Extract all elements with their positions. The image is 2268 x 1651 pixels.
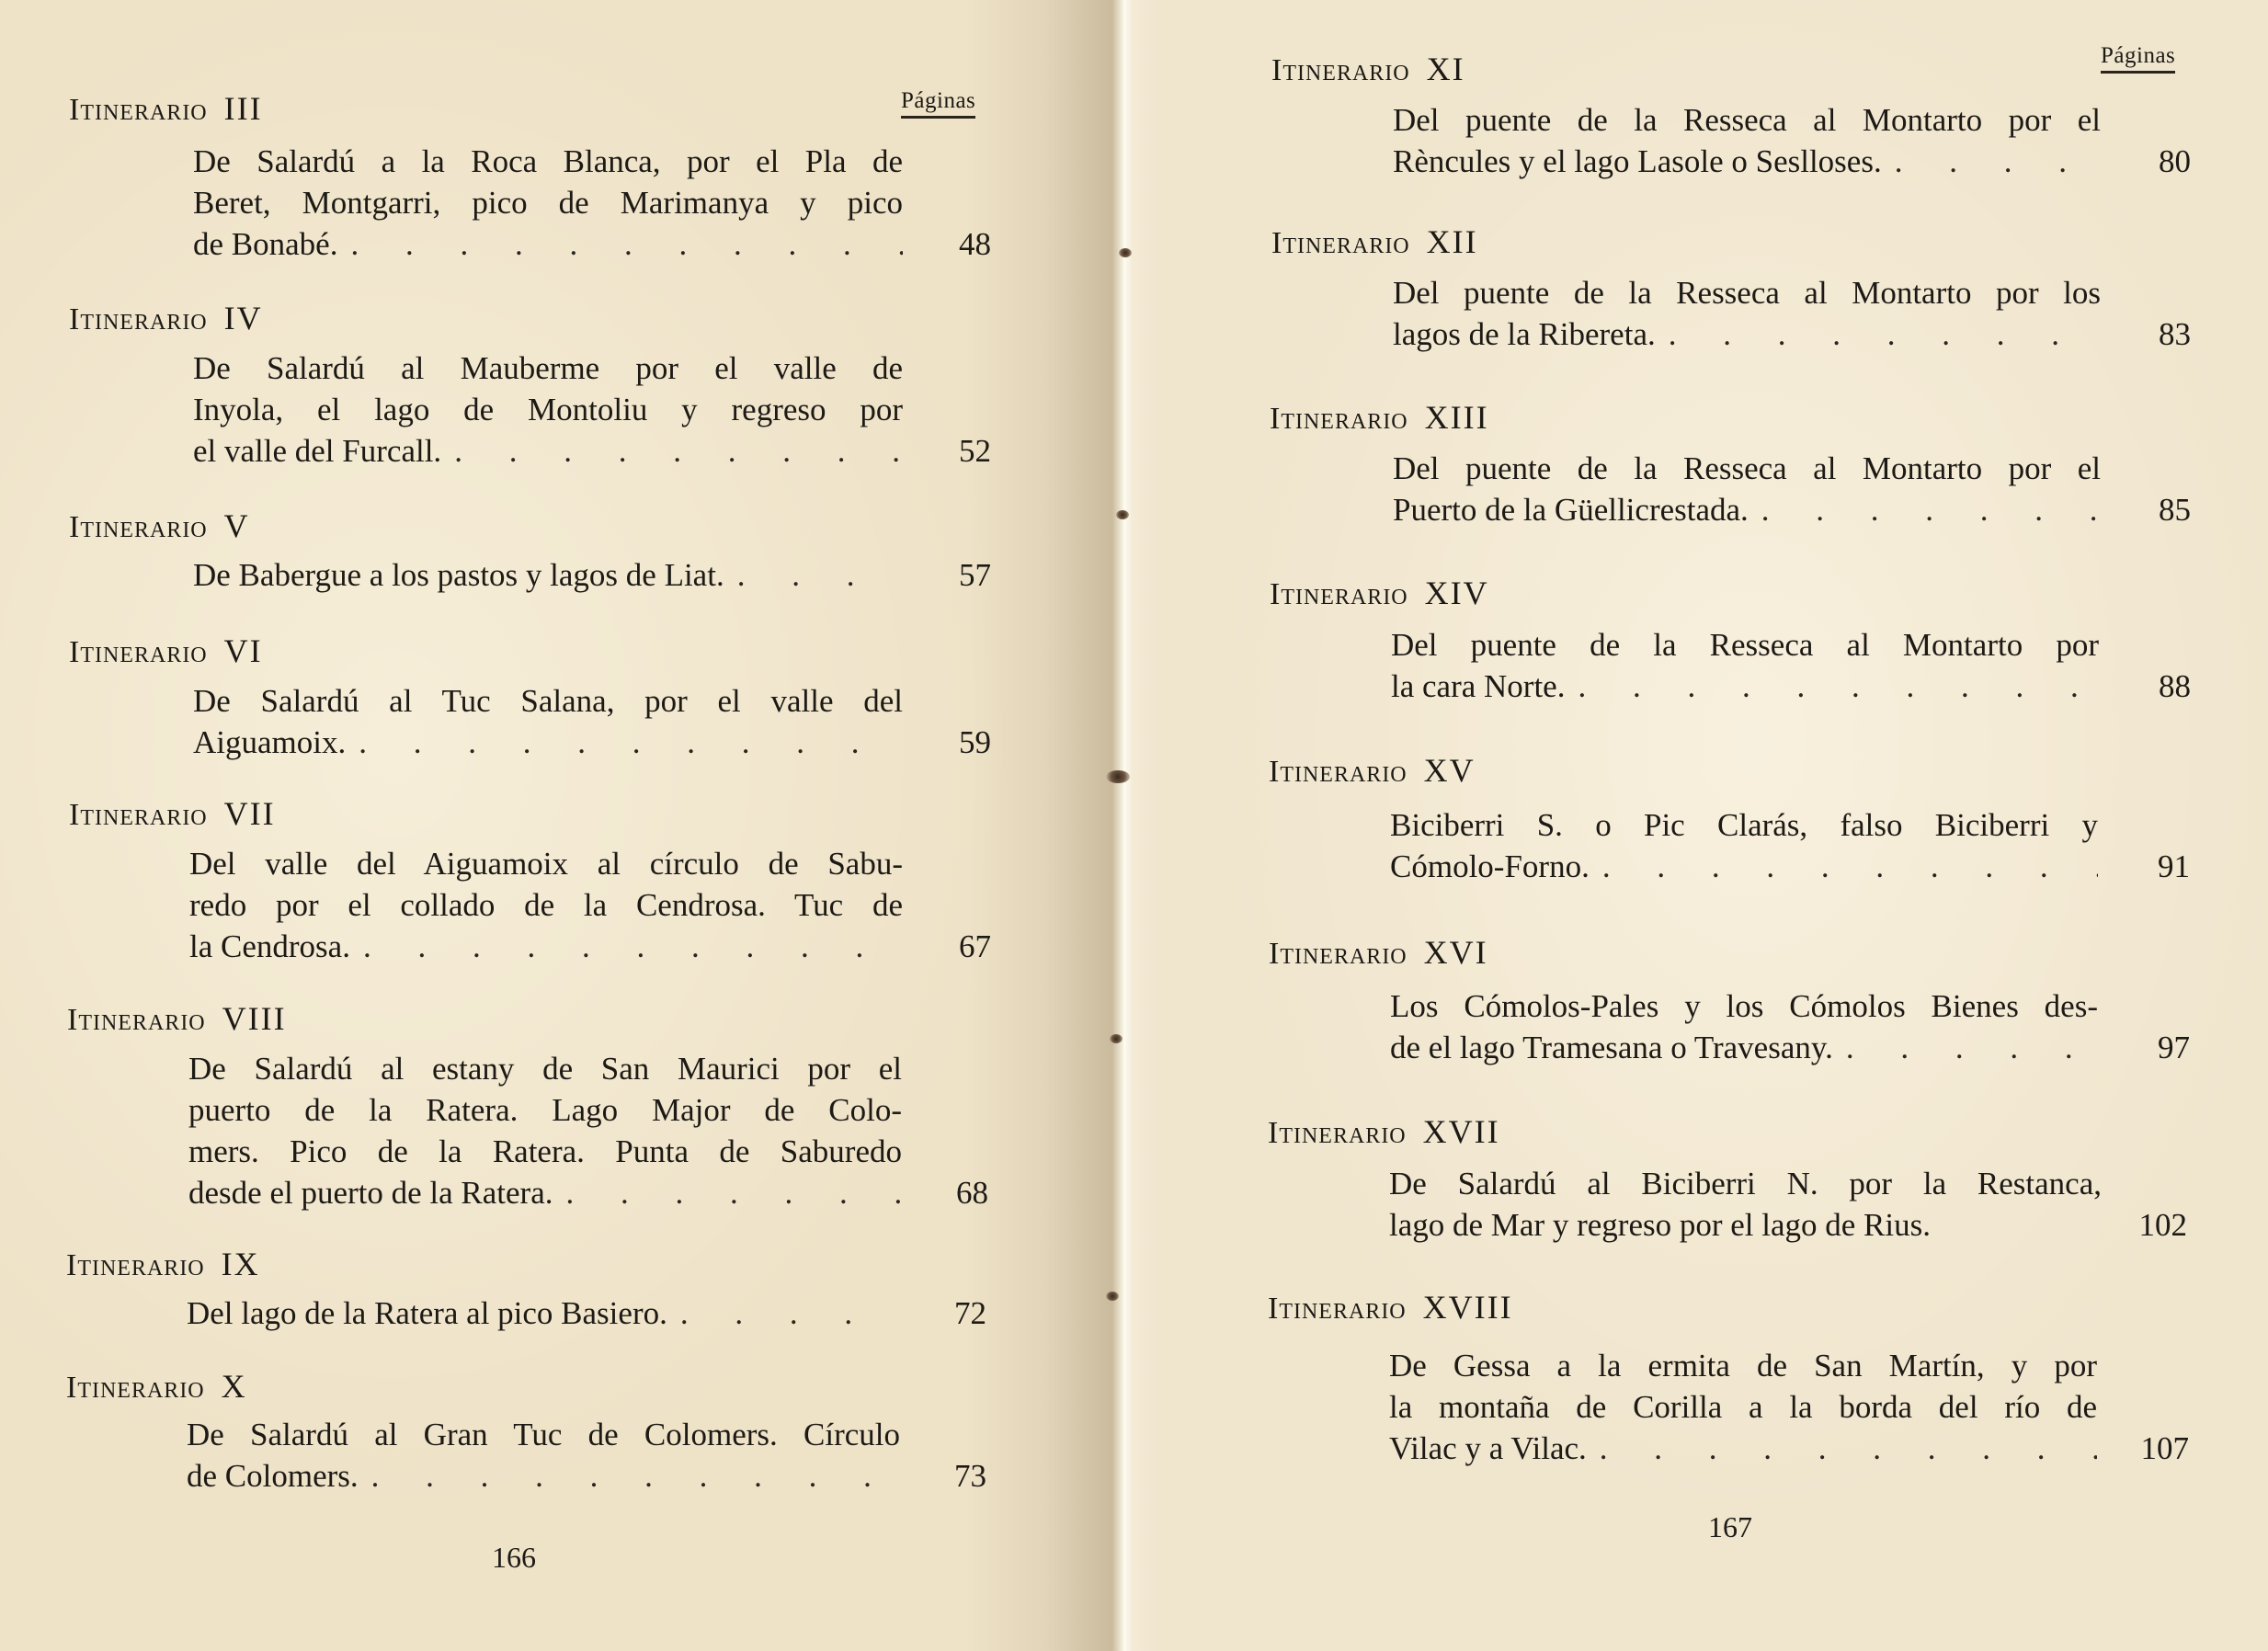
toc-entry[interactable]: De Salardú al Gran Tuc de Colomers. Círc… [187,1414,986,1497]
paginas-column-label: Páginas [901,89,975,119]
page-number: 91 [2158,846,2190,887]
page-number: 102 [2139,1204,2188,1246]
itinerary-heading: ItinerarioXIII [1270,401,1489,435]
dot-leader: . . . . . . . . . . . . . . . . . . . . … [680,1292,900,1334]
dot-leader: . . . . . . . . . . . . . . . . . . . . … [1600,1428,2097,1469]
page-number: 88 [2159,666,2191,707]
toc-entry[interactable]: Del puente de la Resseca al Montarto por… [1393,99,2191,182]
itinerary-heading: ItinerarioXV [1269,754,1476,788]
itinerary-heading: ItinerarioXII [1271,225,1478,259]
toc-entry[interactable]: Del lago de la Ratera al pico Basiero.. … [187,1292,986,1334]
page-number: 85 [2159,489,2191,530]
toc-entry[interactable]: De Salardú al Tuc Salana, por el valle d… [193,680,991,763]
dot-leader: . . . . . . . . . . . . . . . . . . . . … [1669,313,2101,355]
dot-leader: . . . . . . . . . . . . . . . . . . . . … [371,1455,900,1497]
toc-entry[interactable]: Del puente de la Resseca al Montarto por… [1393,272,2191,355]
toc-entry[interactable]: De Salardú al Mauberme por el valle de I… [193,347,991,472]
book-spread: Páginas ItinerarioIII De Salardú a la Ro… [0,0,2268,1651]
page-folio-left: 166 [492,1543,536,1572]
itinerary-heading: ItinerarioVII [69,797,276,831]
toc-entry[interactable]: De Gessa a la ermita de San Martín, y po… [1389,1345,2189,1469]
itinerary-heading: ItinerarioV [69,509,250,543]
itinerary-heading: ItinerarioXVIII [1268,1291,1513,1325]
itinerary-heading: ItinerarioXI [1271,52,1465,86]
dot-leader: . . . . . . . . . . . . . . . . . . . . … [1761,489,2101,530]
page-number: 80 [2159,141,2191,182]
toc-entry[interactable]: De Babergue a los pastos y lagos de Liat… [193,554,991,596]
itinerary-heading: ItinerarioVIII [67,1002,287,1036]
page-number: 107 [2141,1428,2190,1469]
dot-leader: . . . . . . . . . . . . . . . . . . . . … [350,223,903,265]
toc-entry[interactable]: Del valle del Aiguamoix al círculo de Sa… [189,843,991,967]
toc-entry[interactable]: Del puente de la Resseca al Montarto por… [1391,624,2191,707]
itinerary-heading: ItinerarioXVI [1269,936,1488,970]
dot-leader: . . . . . . . . . . . . . . . . . . . . … [454,430,903,472]
itinerary-heading: ItinerarioIII [69,92,263,126]
itinerary-heading: ItinerarioIV [69,302,263,336]
page-number: 97 [2158,1027,2190,1068]
page-number: 48 [959,223,991,265]
dot-leader: . . . . . . . . . . . . . . . . . . . . … [1602,846,2098,887]
toc-entry[interactable]: Biciberri S. o Pic Clarás, falso Biciber… [1390,804,2190,887]
itinerary-heading: ItinerarioX [66,1370,247,1404]
page-number: 73 [954,1455,986,1497]
page-number: 52 [959,430,991,472]
paginas-column-label: Páginas [2101,44,2175,74]
toc-entry[interactable]: Los Cómolos-Pales y los Cómolos Bienes d… [1390,985,2190,1068]
staple-mark [1106,1292,1119,1301]
staple-mark [1116,510,1129,519]
page-number: 67 [959,926,991,967]
dot-leader: . . . . . . . . . . . . . . . . . . . . … [1895,141,2101,182]
dot-leader: . . . . . . . . . . . . . . . . . . . . … [737,554,903,596]
itinerary-heading: ItinerarioIX [66,1247,260,1281]
page-number: 57 [959,554,991,596]
page-number: 68 [956,1172,988,1213]
page-number: 83 [2159,313,2191,355]
page-number: 59 [959,722,991,763]
staple-mark [1110,1034,1123,1043]
toc-entry[interactable]: De Salardú al Biciberri N. por la Restan… [1389,1163,2187,1246]
toc-entry[interactable]: De Salardú al estany de San Maurici por … [188,1048,988,1213]
dot-leader: . . . . . . . . . . . . . . . . . . . . … [1578,666,2099,707]
dot-leader: . . . . . . . . . . . . . . . . . . . . … [363,926,903,967]
page-number: 72 [954,1292,986,1334]
staple-mark [1119,248,1132,257]
toc-entry[interactable]: Del puente de la Resseca al Montarto por… [1393,448,2191,530]
toc-entry[interactable]: De Salardú a la Roca Blanca, por el Pla … [193,141,991,265]
itinerary-heading: ItinerarioXVII [1268,1115,1500,1149]
dot-leader: . . . . . . . . . . . . . . . . . . . . … [565,1172,902,1213]
staple-mark [1106,770,1130,783]
itinerary-heading: ItinerarioVI [69,634,263,668]
page-folio-right: 167 [1708,1512,1752,1542]
itinerary-heading: ItinerarioXIV [1270,576,1489,610]
dot-leader: . . . . . . . . . . . . . . . . . . . . … [359,722,903,763]
dot-leader: . . . . . . . . . . . . . . . . . . . . … [1846,1027,2098,1068]
